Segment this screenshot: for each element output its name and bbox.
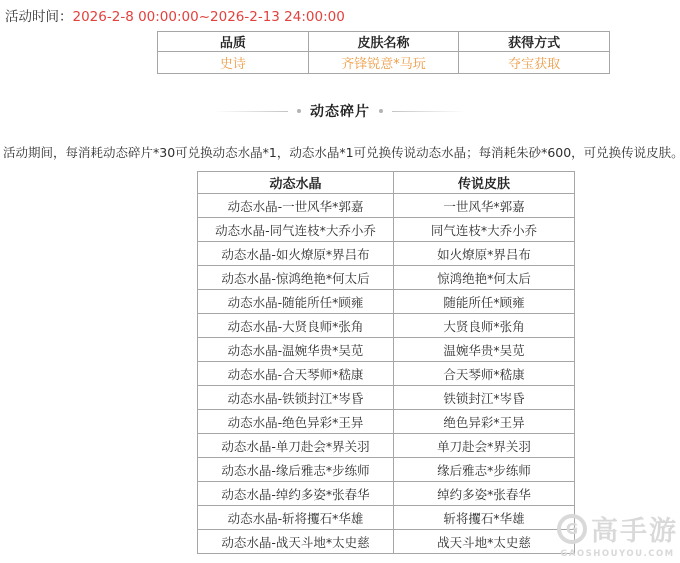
crystal-cell: 动态水晶-同气连枝*大乔小乔 [198,218,394,242]
crystal-cell: 动态水晶-单刀赴会*界关羽 [198,434,394,458]
crystal-table-row: 动态水晶-惊鸿绝艳*何太后 惊鸿绝艳*何太后 [198,266,575,290]
crystal-table-header-skin: 传说皮肤 [394,172,575,194]
crystal-table-row: 动态水晶-同气连枝*大乔小乔 同气连枝*大乔小乔 [198,218,575,242]
quality-cell: 史诗 [158,52,309,74]
legend-skin-cell: 绝色异彩*王异 [394,410,575,434]
crystal-cell: 动态水晶-绰约多姿*张春华 [198,482,394,506]
legend-skin-cell: 缘后雅志*步练师 [394,458,575,482]
crystal-cell: 动态水晶-温婉华贵*吴苋 [198,338,394,362]
legend-skin-cell: 如火燎原*界吕布 [394,242,575,266]
crystal-table-row: 动态水晶-如火燎原*界吕布 如火燎原*界吕布 [198,242,575,266]
crystal-table-row: 动态水晶-铁锁封江*岑昏 铁锁封江*岑昏 [198,386,575,410]
crystal-table-row: 动态水晶-大贤良师*张角 大贤良师*张角 [198,314,575,338]
crystal-cell: 动态水晶-一世风华*郭嘉 [198,194,394,218]
watermark: G 高手游 GAOSHOUYOU.COM [557,509,678,559]
crystal-cell: 动态水晶-合天琴师*嵇康 [198,362,394,386]
crystal-cell: 动态水晶-惊鸿绝艳*何太后 [198,266,394,290]
crystal-cell: 动态水晶-绝色异彩*王异 [198,410,394,434]
crystal-cell: 动态水晶-随能所任*顾雍 [198,290,394,314]
legend-skin-cell: 战天斗地*太史慈 [394,530,575,554]
watermark-row: G 高手游 [557,509,678,548]
crystal-cell: 动态水晶-铁锁封江*岑昏 [198,386,394,410]
legend-skin-cell: 随能所任*顾雍 [394,290,575,314]
crystal-cell: 动态水晶-如火燎原*界吕布 [198,242,394,266]
watermark-name: 高手游 [591,509,678,548]
crystal-cell: 动态水晶-斩将攫石*华雄 [198,506,394,530]
crystal-table-row: 动态水晶-单刀赴会*界关羽 单刀赴会*界关羽 [198,434,575,458]
skin-table-header-method: 获得方式 [459,32,610,52]
legend-skin-cell: 单刀赴会*界关羽 [394,434,575,458]
skin-table-row: 史诗 齐锋锐意*马玩 夺宝获取 [158,52,610,74]
crystal-exchange-table: 动态水晶 传说皮肤 动态水晶-一世风华*郭嘉 一世风华*郭嘉 动态水晶-同气连枝… [197,171,575,554]
skin-table-header-quality: 品质 [158,32,309,52]
crystal-table-row: 动态水晶-绝色异彩*王异 绝色异彩*王异 [198,410,575,434]
legend-skin-cell: 惊鸿绝艳*何太后 [394,266,575,290]
crystal-table-header-row: 动态水晶 传说皮肤 [198,172,575,194]
crystal-table-body: 动态水晶-一世风华*郭嘉 一世风华*郭嘉 动态水晶-同气连枝*大乔小乔 同气连枝… [198,194,575,554]
crystal-table-row: 动态水晶-战天斗地*太史慈 战天斗地*太史慈 [198,530,575,554]
legend-skin-cell: 合天琴师*嵇康 [394,362,575,386]
deco-dot-right [379,109,383,113]
crystal-table-row: 动态水晶-合天琴师*嵇康 合天琴师*嵇康 [198,362,575,386]
crystal-cell: 动态水晶-战天斗地*太史慈 [198,530,394,554]
watermark-domain: GAOSHOUYOU.COM [560,549,674,559]
section-title-row: 动态碎片 [0,101,680,121]
legend-skin-cell: 斩将攫石*华雄 [394,506,575,530]
crystal-cell: 动态水晶-缘后雅志*步练师 [198,458,394,482]
crystal-table-row: 动态水晶-温婉华贵*吴苋 温婉华贵*吴苋 [198,338,575,362]
crystal-table-row: 动态水晶-随能所任*顾雍 随能所任*顾雍 [198,290,575,314]
activity-time-label: 活动时间： [5,9,73,25]
skin-quality-table: 品质 皮肤名称 获得方式 史诗 齐锋锐意*马玩 夺宝获取 [157,31,610,74]
section-title: 动态碎片 [310,101,370,121]
skin-name-cell: 齐锋锐意*马玩 [308,52,459,74]
crystal-table-row: 动态水晶-一世风华*郭嘉 一世风华*郭嘉 [198,194,575,218]
legend-skin-cell: 一世风华*郭嘉 [394,194,575,218]
crystal-table-row: 动态水晶-缘后雅志*步练师 缘后雅志*步练师 [198,458,575,482]
description-text: 活动期间，每消耗动态碎片*30可兑换动态水晶*1，动态水晶*1可兑换传说动态水晶… [3,145,680,161]
legend-skin-cell: 绰约多姿*张春华 [394,482,575,506]
legend-skin-cell: 铁锁封江*岑昏 [394,386,575,410]
deco-line-left [214,111,288,112]
legend-skin-cell: 温婉华贵*吴苋 [394,338,575,362]
legend-skin-cell: 大贤良师*张角 [394,314,575,338]
crystal-cell: 动态水晶-大贤良师*张角 [198,314,394,338]
skin-table-header-row: 品质 皮肤名称 获得方式 [158,32,610,52]
deco-dot-left [297,109,301,113]
crystal-table-row: 动态水晶-绰约多姿*张春华 绰约多姿*张春华 [198,482,575,506]
legend-skin-cell: 同气连枝*大乔小乔 [394,218,575,242]
deco-line-right [392,111,466,112]
activity-time-value: 2026-2-8 00:00:00~2026-2-13 24:00:00 [73,9,345,25]
method-cell: 夺宝获取 [459,52,610,74]
crystal-table-row: 动态水晶-斩将攫石*华雄 斩将攫石*华雄 [198,506,575,530]
activity-time-line: 活动时间：2026-2-8 00:00:00~2026-2-13 24:00:0… [5,9,345,25]
skin-table-header-name: 皮肤名称 [308,32,459,52]
crystal-table-header-crystal: 动态水晶 [198,172,394,194]
